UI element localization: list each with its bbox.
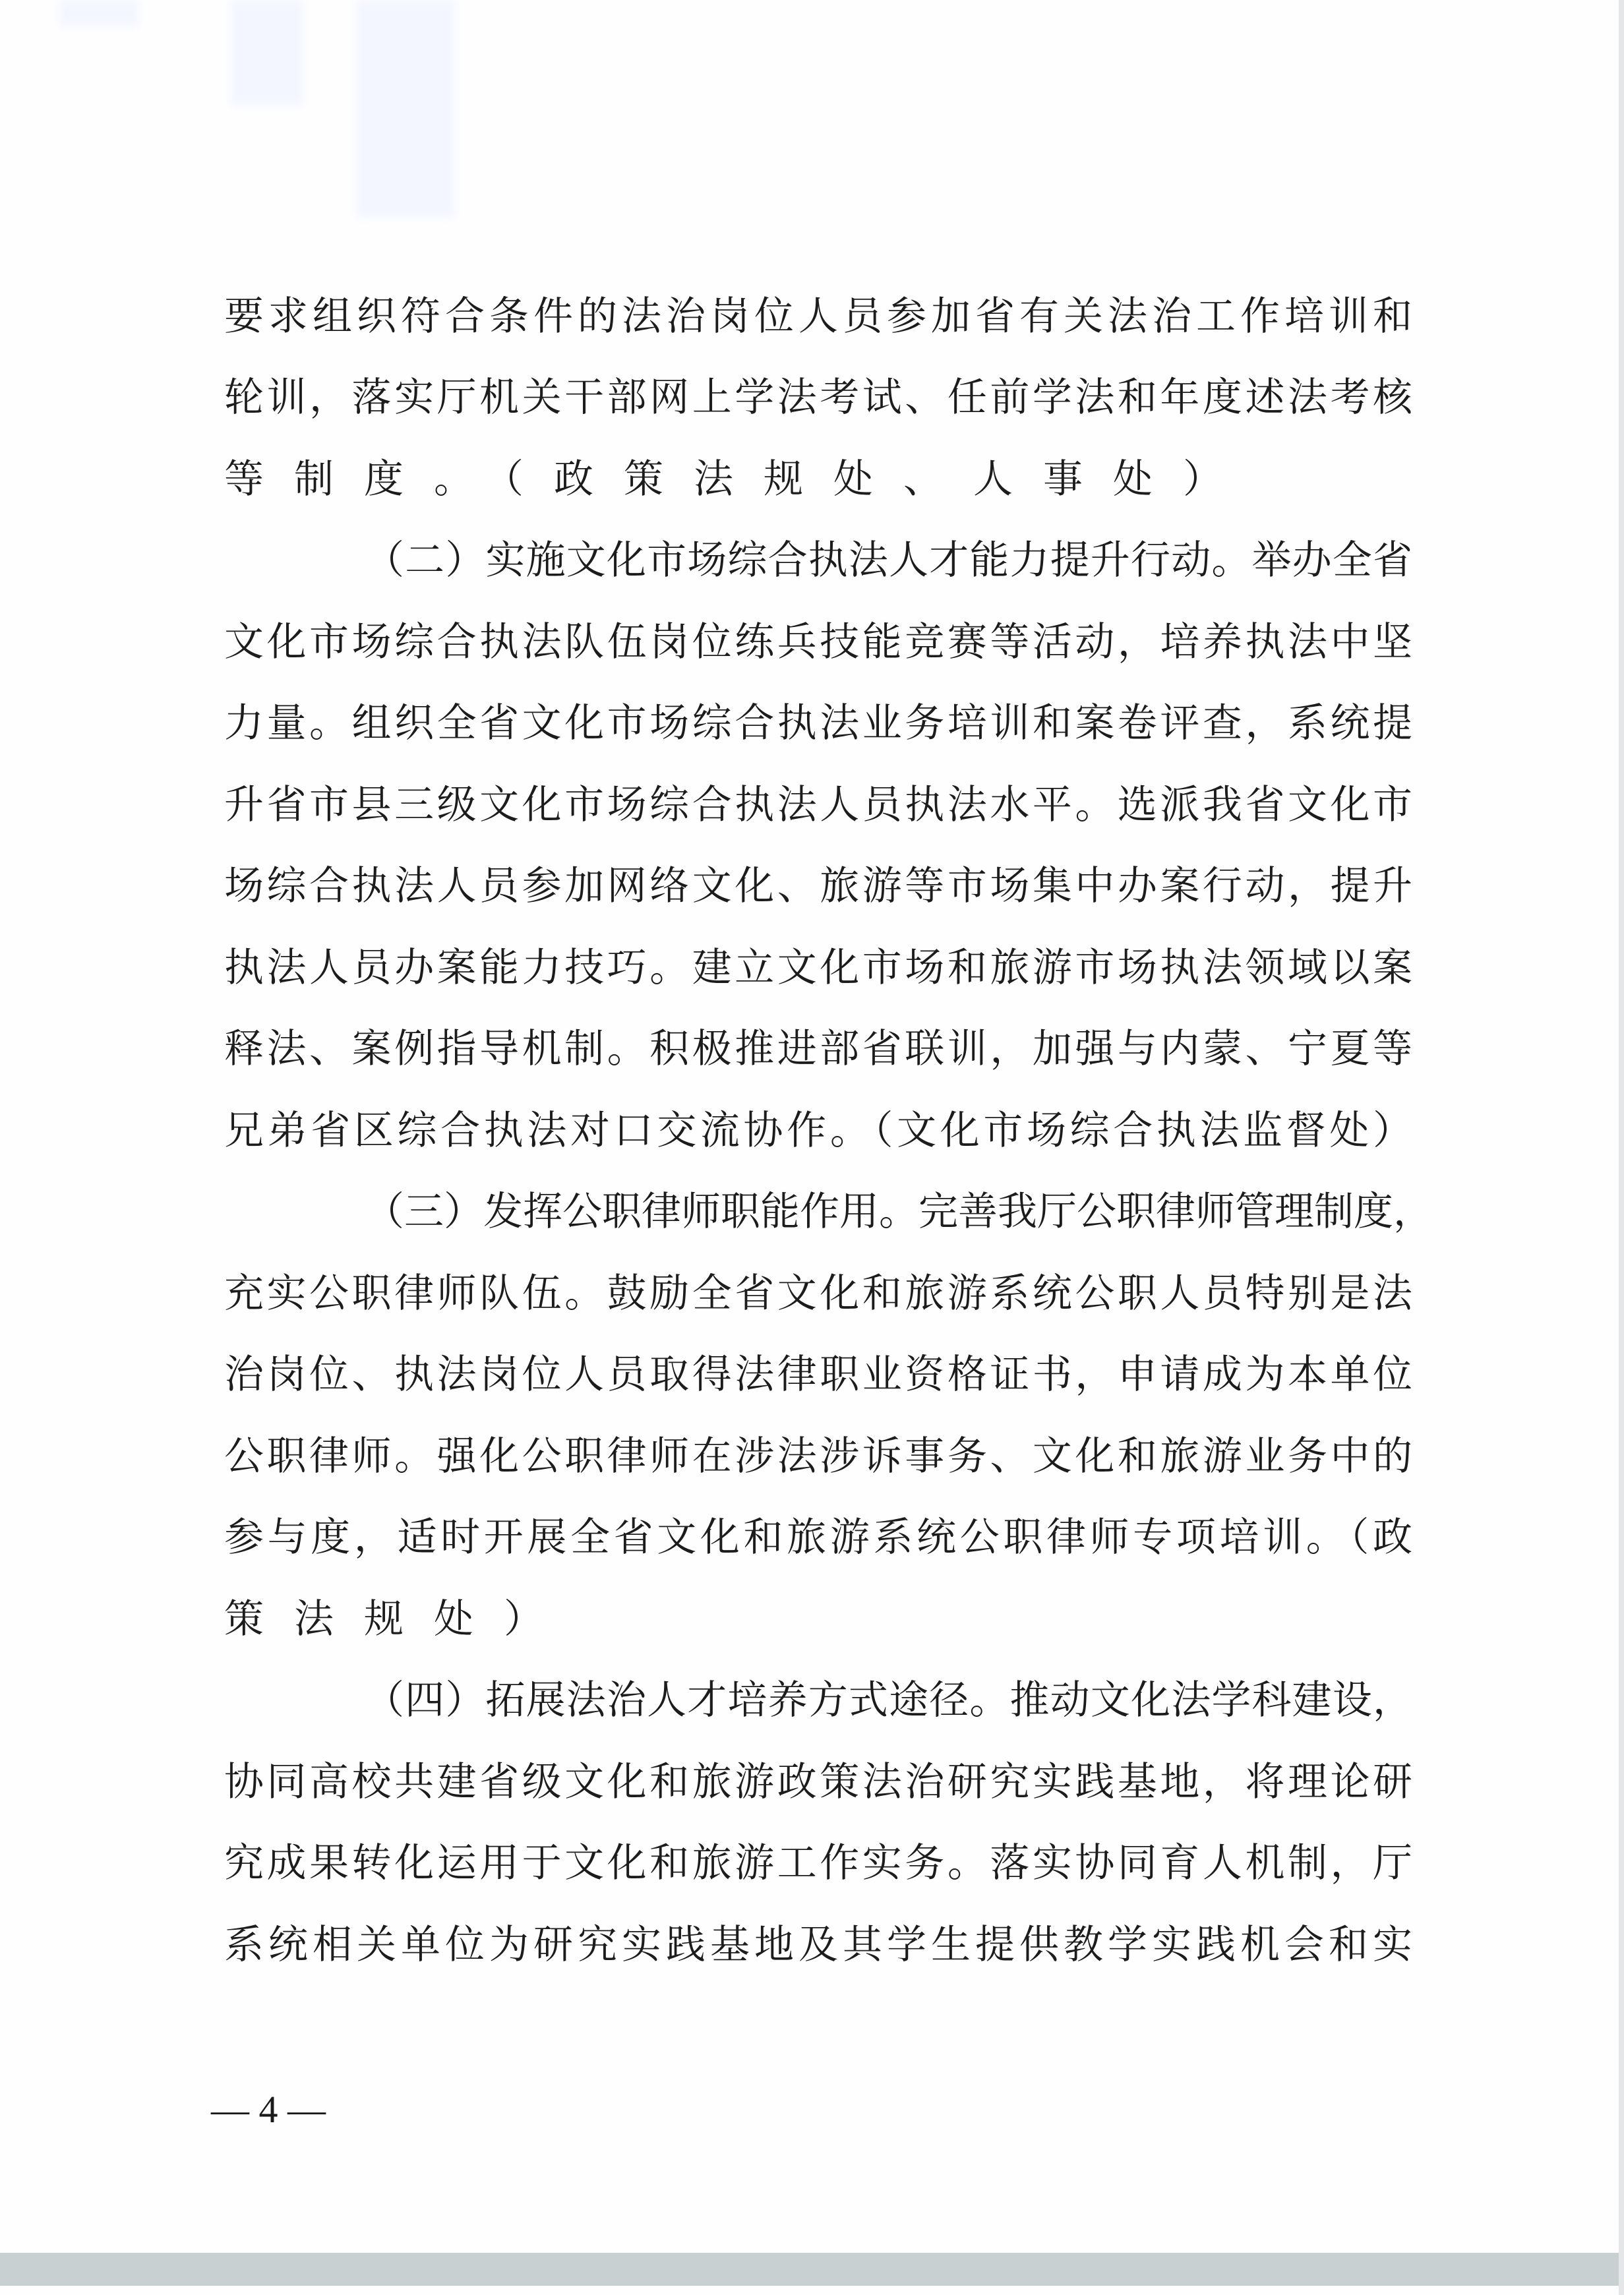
text-line: 参与度，适时开展全省文化和旅游系统公职律师专项培训。（政 bbox=[224, 1501, 1412, 1574]
scan-artifact bbox=[356, 0, 455, 218]
text-line: 充实公职律师队伍。鼓励全省文化和旅游系统公职人员特别是法 bbox=[224, 1257, 1412, 1330]
text-line: 释法、案例指导机制。积极推进部省联训，加强与内蒙、宁夏等 bbox=[224, 1013, 1412, 1085]
text-line: 等制度。（政策法规处、人事处） bbox=[224, 443, 1412, 516]
text-line: 协同高校共建省级文化和旅游政策法治研究实践基地，将理论研 bbox=[224, 1746, 1412, 1818]
document-page: 要求组织符合条件的法治岗位人员参加省有关法治工作培训和轮训，落实厅机关干部网上学… bbox=[0, 0, 1624, 2295]
text-line: 升省市县三级文化市场综合执法人员执法水平。选派我省文化市 bbox=[224, 769, 1412, 841]
text-line: （三）发挥公职律师职能作用。完善我厅公职律师管理制度， bbox=[365, 1176, 1412, 1248]
text-line: 场综合执法人员参加网络文化、旅游等市场集中办案行动，提升 bbox=[224, 850, 1412, 922]
scan-right-edge bbox=[1619, 0, 1624, 2295]
text-line: 究成果转化运用于文化和旅游工作实务。落实协同育人机制，厅 bbox=[224, 1827, 1412, 1899]
text-line: 策法规处） bbox=[224, 1583, 1412, 1655]
text-line: 兄弟省区综合执法对口交流协作。（文化市场综合执法监督处） bbox=[224, 1094, 1412, 1167]
scan-artifact bbox=[231, 0, 303, 105]
text-line: （四）拓展法治人才培养方式途径。推动文化法学科建设， bbox=[365, 1664, 1412, 1737]
scan-artifact bbox=[59, 0, 138, 26]
text-line: （二）实施文化市场综合执法人才能力提升行动。举办全省 bbox=[365, 524, 1412, 597]
text-line: 力量。组织全省文化市场综合执法业务培训和案卷评查，系统提 bbox=[224, 687, 1412, 760]
text-line: 执法人员办案能力技巧。建立文化市场和旅游市场执法领域以案 bbox=[224, 932, 1412, 1004]
text-line: 公职律师。强化公职律师在涉法涉诉事务、文化和旅游业务中的 bbox=[224, 1420, 1412, 1493]
text-line: 要求组织符合条件的法治岗位人员参加省有关法治工作培训和 bbox=[224, 280, 1412, 353]
page-number: — 4 — bbox=[211, 2083, 326, 2136]
text-line: 轮训，落实厅机关干部网上学法考试、任前学法和年度述法考核 bbox=[224, 361, 1412, 434]
text-line: 治岗位、执法岗位人员取得法律职业资格证书，申请成为本单位 bbox=[224, 1338, 1412, 1411]
text-line: 文化市场综合执法队伍岗位练兵技能竞赛等活动，培养执法中坚 bbox=[224, 606, 1412, 678]
scan-bottom-band bbox=[0, 2253, 1619, 2286]
text-line: 系统相关单位为研究实践基地及其学生提供教学实践机会和实 bbox=[224, 1909, 1412, 1981]
